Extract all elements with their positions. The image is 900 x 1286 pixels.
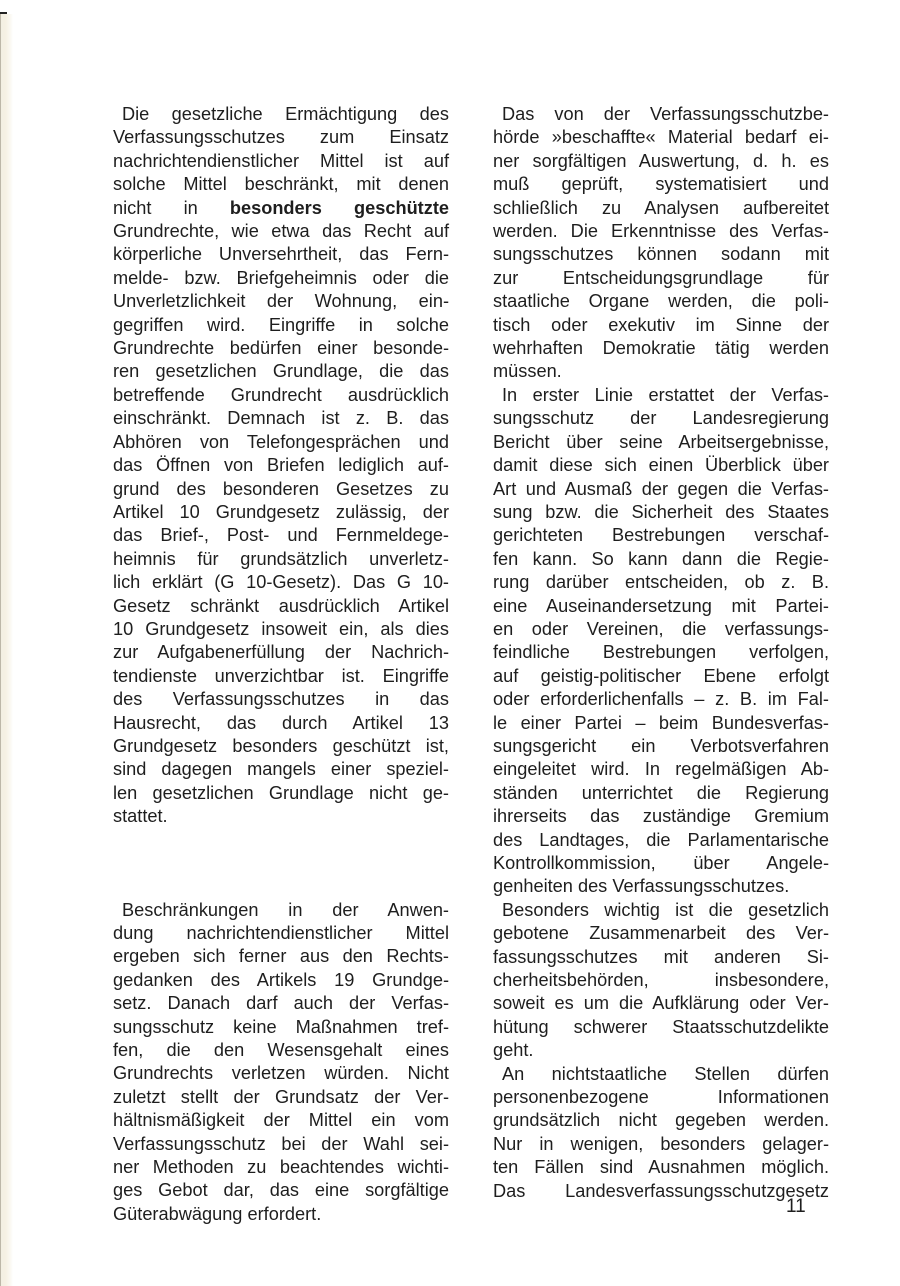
text-line: das Öffnen von Briefen lediglich auf-	[113, 454, 449, 477]
text-line: ges Gebot dar, das eine sorgfältige	[113, 1179, 449, 1202]
text-line: Grundrechte, wie etwa das Recht auf	[113, 220, 449, 243]
text-line: nachrichtendienstlicher Mittel ist auf	[113, 150, 449, 173]
text-line: werden. Die Erkenntnisse des Verfas-	[493, 220, 829, 243]
paragraph-restrictions: Beschränkungen in der Anwen- dung nachri…	[113, 899, 449, 1227]
left-column: Die gesetzliche Ermächtigung des Verfass…	[113, 103, 449, 1226]
text-line: feindliche Bestrebungen verfolgen,	[493, 641, 829, 664]
text-line: zur Aufgabenerfüllung der Nachrich-	[113, 641, 449, 664]
text-line: ren gesetzlichen Grundlage, die das	[113, 360, 449, 383]
text-line: Unverletzlichkeit der Wohnung, ein-	[113, 290, 449, 313]
text-line: genheiten des Verfassungsschutzes.	[493, 875, 829, 898]
text-line: solche Mittel beschränkt, mit denen	[113, 173, 449, 196]
text-line: len gesetzlichen Grundlage nicht ge-	[113, 782, 449, 805]
text-line: Grundrechts verletzen würden. Nicht	[113, 1062, 449, 1085]
text-line: betreffende Grundrecht ausdrücklich	[113, 384, 449, 407]
text-line: sungsschutz keine Maßnahmen tref-	[113, 1016, 449, 1039]
text-line: wehrhaften Demokratie tätig werden	[493, 337, 829, 360]
text-line: fassungsschutzes mit anderen Si-	[493, 946, 829, 969]
text-line: gedanken des Artikels 19 Grundge-	[113, 969, 449, 992]
text-line: le einer Partei – beim Bundesverfas-	[493, 712, 829, 735]
text-line: ihrerseits das zuständige Gremium	[493, 805, 829, 828]
text-line: ergeben sich ferner aus den Rechts-	[113, 945, 449, 968]
paragraph-evaluation: Das von der Verfassungsschutzbe- hörde »…	[493, 103, 829, 384]
text-line: ner sorgfältigen Auswertung, d. h. es	[493, 150, 829, 173]
text-line: muß geprüft, systematisiert und	[493, 173, 829, 196]
text-line: Kontrollkommission, über Angele-	[493, 852, 829, 875]
text-line: melde- bzw. Briefgeheimnis oder die	[113, 267, 449, 290]
text-line: fen, die den Wesensgehalt eines	[113, 1039, 449, 1062]
text-line: hältnismäßigkeit der Mittel ein vom	[113, 1109, 449, 1132]
paragraph-nonstate-disclosure: An nichtstaatliche Stellen dürfen person…	[493, 1063, 829, 1203]
text-line: Grundgesetz besonders geschützt ist,	[113, 735, 449, 758]
text-line: eine Auseinandersetzung mit Partei-	[493, 595, 829, 618]
text-line: des Landtages, die Parlamentarische	[493, 829, 829, 852]
text-line: en oder Vereinen, die verfassungs-	[493, 618, 829, 641]
text-line: sungsschutz der Landesregierung	[493, 407, 829, 430]
text-line-with-bold: nicht in besonders geschützte	[113, 197, 449, 220]
text-line: cherheitsbehörden, insbesondere,	[493, 969, 829, 992]
text-line: personenbezogene Informationen	[493, 1086, 829, 1109]
text-line: Verfassungsschutzes zum Einsatz	[113, 126, 449, 149]
text-line: gerichteten Bestrebungen verschaf-	[493, 524, 829, 547]
text-line: müssen.	[493, 360, 829, 383]
text-line: ständen unterrichtet die Regierung	[493, 782, 829, 805]
right-column: Das von der Verfassungsschutzbe- hörde »…	[493, 103, 829, 1203]
text-line: Das von der Verfassungsschutzbe-	[493, 103, 829, 126]
text-fragment: nicht in	[113, 198, 230, 218]
text-line: zur Entscheidungsgrundlage für	[493, 267, 829, 290]
text-line: 10 Grundgesetz insoweit ein, als dies	[113, 618, 449, 641]
bold-phrase: besonders geschützte	[230, 198, 449, 218]
page-binding-edge	[0, 14, 13, 1286]
text-line: damit diese sich einen Überblick über	[493, 454, 829, 477]
text-line: oder erforderlichenfalls – z. B. im Fal-	[493, 688, 829, 711]
text-line: gegriffen wird. Eingriffe in solche	[113, 314, 449, 337]
text-line: rung darüber entscheiden, ob z. B.	[493, 571, 829, 594]
text-line: schließlich zu Analysen aufbereitet	[493, 197, 829, 220]
text-line: hörde »beschaffte« Material bedarf ei-	[493, 126, 829, 149]
text-line: sungsschutzes können sodann mit	[493, 243, 829, 266]
paragraph-legal-authorization: Die gesetzliche Ermächtigung des Verfass…	[113, 103, 449, 829]
paragraph-gap	[113, 829, 449, 899]
text-line: Die gesetzliche Ermächtigung des	[113, 103, 449, 126]
text-line: körperliche Unversehrtheit, das Fern-	[113, 243, 449, 266]
page-corner-mark	[0, 12, 7, 14]
text-line: das Brief-, Post- und Fernmeldege-	[113, 524, 449, 547]
text-line: soweit es um die Aufklärung oder Ver-	[493, 992, 829, 1015]
text-line: fen kann. So kann dann die Regie-	[493, 548, 829, 571]
text-line: An nichtstaatliche Stellen dürfen	[493, 1063, 829, 1086]
text-line: Beschränkungen in der Anwen-	[113, 899, 449, 922]
text-line: grundsätzlich nicht gegeben werden.	[493, 1109, 829, 1132]
text-line: sung bzw. die Sicherheit des Staates	[493, 501, 829, 524]
text-line: Güterabwägung erfordert.	[113, 1203, 449, 1226]
text-line: Besonders wichtig ist die gesetzlich	[493, 899, 829, 922]
text-line: gebotene Zusammenarbeit des Ver-	[493, 922, 829, 945]
text-line: Das Landesverfassungsschutzgesetz	[493, 1180, 829, 1203]
text-line: dung nachrichtendienstlicher Mittel	[113, 922, 449, 945]
paragraph-reporting: In erster Linie erstattet der Verfas- su…	[493, 384, 829, 899]
text-line: Verfassungsschutz bei der Wahl sei-	[113, 1133, 449, 1156]
text-line: Grundrechte bedürfen einer besonde-	[113, 337, 449, 360]
text-line: geht.	[493, 1039, 829, 1062]
text-line: Bericht über seine Arbeitsergebnisse,	[493, 431, 829, 454]
text-line: grund des besonderen Gesetzes zu	[113, 478, 449, 501]
text-line: Art und Ausmaß der gegen die Verfas-	[493, 478, 829, 501]
text-line: eingeleitet wird. In regelmäßigen Ab-	[493, 758, 829, 781]
text-line: zuletzt stellt der Grundsatz der Ver-	[113, 1086, 449, 1109]
text-line: auf geistig-politischer Ebene erfolgt	[493, 665, 829, 688]
paragraph-cooperation: Besonders wichtig ist die gesetzlich geb…	[493, 899, 829, 1063]
text-line: Gesetz schränkt ausdrücklich Artikel	[113, 595, 449, 618]
text-line: des Verfassungsschutzes in das	[113, 688, 449, 711]
text-line: setz. Danach darf auch der Verfas-	[113, 992, 449, 1015]
text-line: ner Methoden zu beachtendes wichti-	[113, 1156, 449, 1179]
text-line: staatliche Organe werden, die poli-	[493, 290, 829, 313]
text-line: lich erklärt (G 10-Gesetz). Das G 10-	[113, 571, 449, 594]
text-line: sind dagegen mangels einer speziel-	[113, 758, 449, 781]
text-line: tisch oder exekutiv im Sinne der	[493, 314, 829, 337]
text-line: heimnis für grundsätzlich unverletz-	[113, 548, 449, 571]
text-line: Nur in wenigen, besonders gelager-	[493, 1133, 829, 1156]
text-line: tendienste unverzichtbar ist. Eingriffe	[113, 665, 449, 688]
page-number: 11	[786, 1196, 806, 1218]
text-line: Abhören von Telefongesprächen und	[113, 431, 449, 454]
text-line: In erster Linie erstattet der Verfas-	[493, 384, 829, 407]
text-line: Artikel 10 Grundgesetz zulässig, der	[113, 501, 449, 524]
text-line: hütung schwerer Staatsschutzdelikte	[493, 1016, 829, 1039]
text-line: sungsgericht ein Verbotsverfahren	[493, 735, 829, 758]
text-line: Hausrecht, das durch Artikel 13	[113, 712, 449, 735]
text-line: stattet.	[113, 805, 449, 828]
text-line: ten Fällen sind Ausnahmen möglich.	[493, 1156, 829, 1179]
text-line: einschränkt. Demnach ist z. B. das	[113, 407, 449, 430]
